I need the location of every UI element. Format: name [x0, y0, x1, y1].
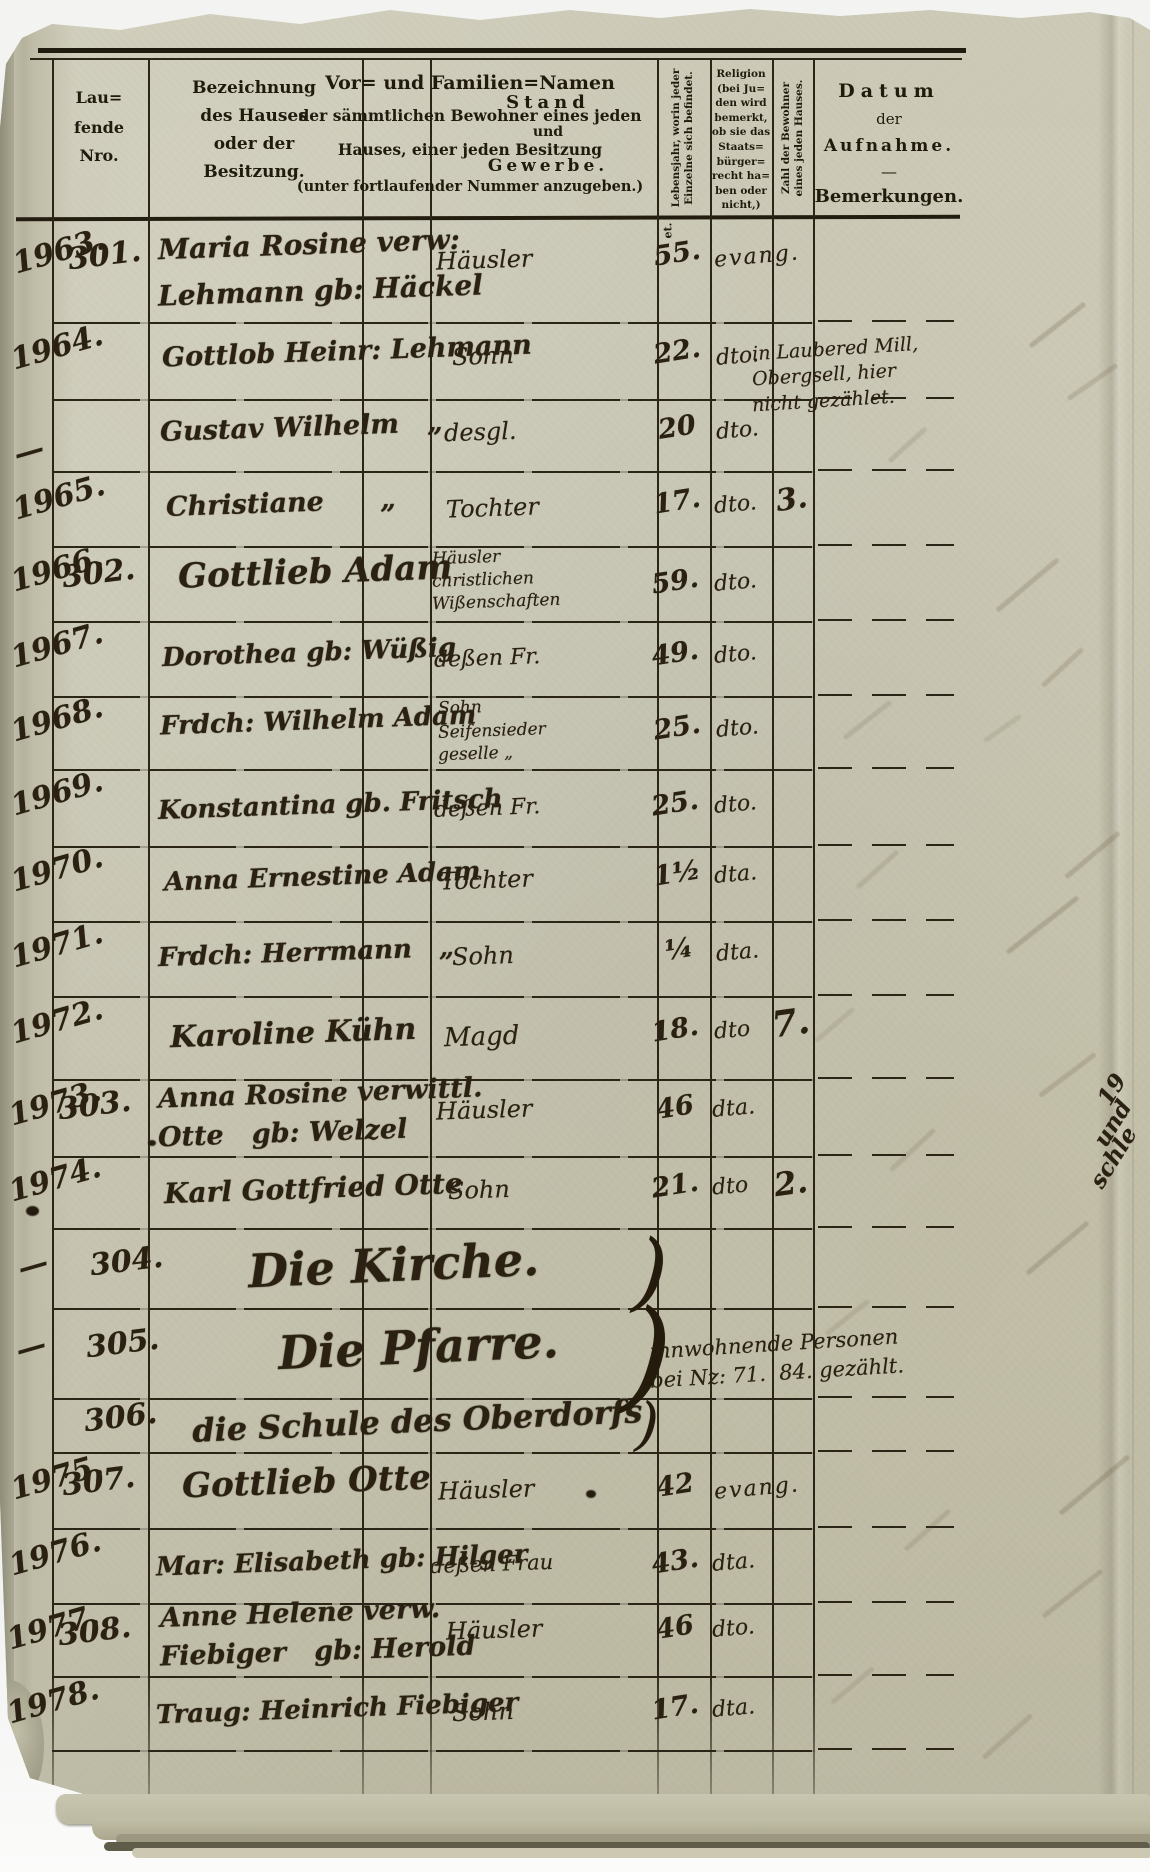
row-stand-gewerbe: desgl. [444, 417, 517, 448]
header-bezeichnung: des Hauses [200, 106, 308, 126]
header-datum: Aufnahme. [824, 136, 954, 156]
row-stand-gewerbe: Sohn [452, 941, 515, 971]
row-stand-gewerbe: geselle „ [438, 743, 514, 766]
row-rule [52, 1528, 815, 1530]
row-stand-gewerbe: Sohn [448, 1175, 511, 1205]
row-religion: dto [711, 1172, 749, 1200]
row-rule [52, 846, 815, 848]
row-inhabitant-count: 2. [772, 1162, 810, 1204]
header-lebensjahr-rotated: Lebensjahr, worin jederEinzelne sich bef… [658, 63, 708, 213]
row-stand-gewerbe: Sohn [452, 341, 515, 371]
column-rule [772, 58, 774, 1806]
row-rule-dashed [818, 694, 954, 696]
row-religion: dta. [711, 1548, 756, 1577]
row-stand-gewerbe: Häusler [446, 1614, 543, 1645]
row-religion: dta. [711, 1694, 756, 1723]
row-stand-gewerbe: deßen Fr. [434, 644, 541, 673]
row-religion: dto. [713, 790, 758, 819]
row-rule-dashed [818, 320, 954, 322]
column-rule [657, 58, 659, 1806]
row-rule-dashed [818, 767, 954, 769]
row-inhabitant-count: 3. [774, 480, 810, 519]
header-namen: Vor= und Familien=Namen [325, 72, 615, 94]
row-rule-dashed [818, 1396, 954, 1398]
header-datum: Datum [838, 80, 939, 102]
row-rule-dashed [818, 619, 954, 621]
row-stand-gewerbe: deßen Frau [430, 1550, 554, 1578]
column-rule [362, 58, 364, 1806]
row-rule-dashed [818, 1154, 954, 1156]
row-stand-gewerbe: Häusler [436, 1094, 533, 1125]
header-stand: Stand [506, 92, 590, 113]
header-zahl-bewohner-rotated-line: Zahl der Bewohner [780, 82, 793, 194]
grouping-brace: ) [634, 1389, 661, 1458]
row-stand-gewerbe: deßen Fr. [434, 794, 541, 823]
row-rule [52, 921, 815, 923]
header-datum: Bemerkungen. [815, 186, 964, 207]
row-rule-dashed [818, 469, 954, 471]
scanned-register-page: Lau=fendeNro.Bezeichnungdes Hausesoder d… [0, 0, 1150, 1872]
header-religion: nicht,) [721, 199, 760, 211]
header-laufende-nro: Nro. [79, 146, 118, 165]
row-rule-dashed [818, 1601, 954, 1603]
header-religion: bürger= [717, 156, 766, 168]
header-bezeichnung: Besitzung. [203, 162, 304, 182]
row-rule-dashed [818, 994, 954, 996]
row-stand-gewerbe: Magd [443, 1021, 519, 1054]
column-rule [148, 58, 150, 1806]
column-rule [710, 58, 712, 1806]
header-bezeichnung: oder der [214, 134, 295, 154]
row-stand-gewerbe: Sohn [452, 1697, 515, 1727]
row-rule-dashed [818, 844, 954, 846]
row-stand-gewerbe: Häusler [432, 547, 501, 569]
header-religion: den wird [715, 97, 766, 109]
row-stand-gewerbe: christlichen [432, 568, 535, 592]
row-religion: dta. [711, 1094, 756, 1123]
row-religion: dto. [715, 714, 760, 743]
header-stand: Gewerbe. [488, 156, 608, 176]
row-rule [52, 1398, 815, 1400]
row-rule [52, 621, 815, 623]
row-religion: dto. [711, 1614, 756, 1643]
row-rule [52, 1676, 815, 1678]
row-stand-gewerbe: Häusler [436, 244, 533, 275]
row-rule [52, 996, 815, 998]
row-rule-dashed [818, 1306, 954, 1308]
row-rule-dashed [818, 1226, 954, 1228]
row-stand-gewerbe: Tochter [440, 864, 534, 895]
row-rule [52, 471, 815, 473]
row-rule [52, 1750, 815, 1752]
row-religion: dta. [715, 938, 760, 967]
row-religion: dto. [713, 568, 758, 597]
header-datum: — [881, 162, 897, 181]
row-inhabitant-count: 7. [769, 1000, 812, 1047]
page-stack-edge [132, 1848, 1150, 1858]
row-rule-dashed [818, 1748, 954, 1750]
ink-blot [586, 1490, 596, 1498]
row-rule [52, 322, 815, 324]
column-rule [813, 58, 815, 1806]
row-religion: dto. [715, 416, 760, 445]
row-stand-gewerbe: Tochter [446, 492, 540, 523]
table-top-rule-thick [38, 48, 966, 53]
row-rule [52, 1156, 815, 1158]
row-stand-gewerbe: Sohn [438, 697, 482, 719]
header-religion: ben oder [715, 185, 767, 197]
row-rule-dashed [818, 1674, 954, 1676]
row-rule-dashed [818, 919, 954, 921]
row-rule-dashed [818, 1077, 954, 1079]
page-edge [1132, 0, 1134, 1800]
header-religion: Religion [716, 68, 765, 80]
row-religion: dto. [713, 490, 758, 519]
row-rule [52, 1228, 815, 1230]
row-rule [52, 696, 815, 698]
header-religion: ob sie das [712, 126, 770, 138]
header-religion: recht ha= [712, 170, 770, 182]
header-lebensjahr-rotated-line: Lebensjahr, worin jeder [670, 69, 683, 208]
page-crease [1098, 0, 1128, 1800]
row-religion: dta. [713, 860, 758, 889]
header-stand: und [533, 124, 563, 140]
row-stand-gewerbe: Seifensieder [438, 719, 546, 743]
row-religion: dto [713, 1016, 751, 1044]
header-namen: der sämmtlichen Bewohner eines jeden [298, 106, 641, 125]
row-stand-gewerbe: Häusler [438, 1474, 535, 1505]
row-rule [52, 1452, 815, 1454]
header-religion: bemerkt, [714, 112, 767, 124]
row-rule-dashed [818, 1526, 954, 1528]
header-laufende-nro: fende [74, 118, 124, 137]
header-zahl-bewohner-rotated: Zahl der Bewohnereines jeden Hauses. [771, 63, 815, 213]
row-rule-dashed [818, 1450, 954, 1452]
header-lebensjahr-rotated-line: Einzelne sich befindet. [683, 71, 696, 205]
header-bezeichnung: Bezeichnung [192, 78, 316, 98]
row-rule [52, 399, 815, 401]
table-top-rule-thin [30, 58, 962, 60]
header-zahl-bewohner-rotated-line: eines jeden Hauses. [793, 80, 806, 197]
header-laufende-nro: Lau= [76, 88, 123, 107]
paper-sheet: Lau=fendeNro.Bezeichnungdes Hausesoder d… [0, 0, 1150, 1872]
row-rule-dashed [818, 544, 954, 546]
header-religion: (bei Ju= [717, 83, 765, 95]
header-religion: Staats= [718, 141, 764, 153]
header-datum: der [876, 110, 902, 128]
header-lebensjahr-overflow: et. [661, 223, 674, 239]
row-rule [52, 769, 815, 771]
row-rule [52, 1308, 815, 1310]
row-religion: dto. [713, 640, 758, 669]
header-namen: (unter fortlaufender Nummer anzugeben.) [297, 178, 644, 195]
